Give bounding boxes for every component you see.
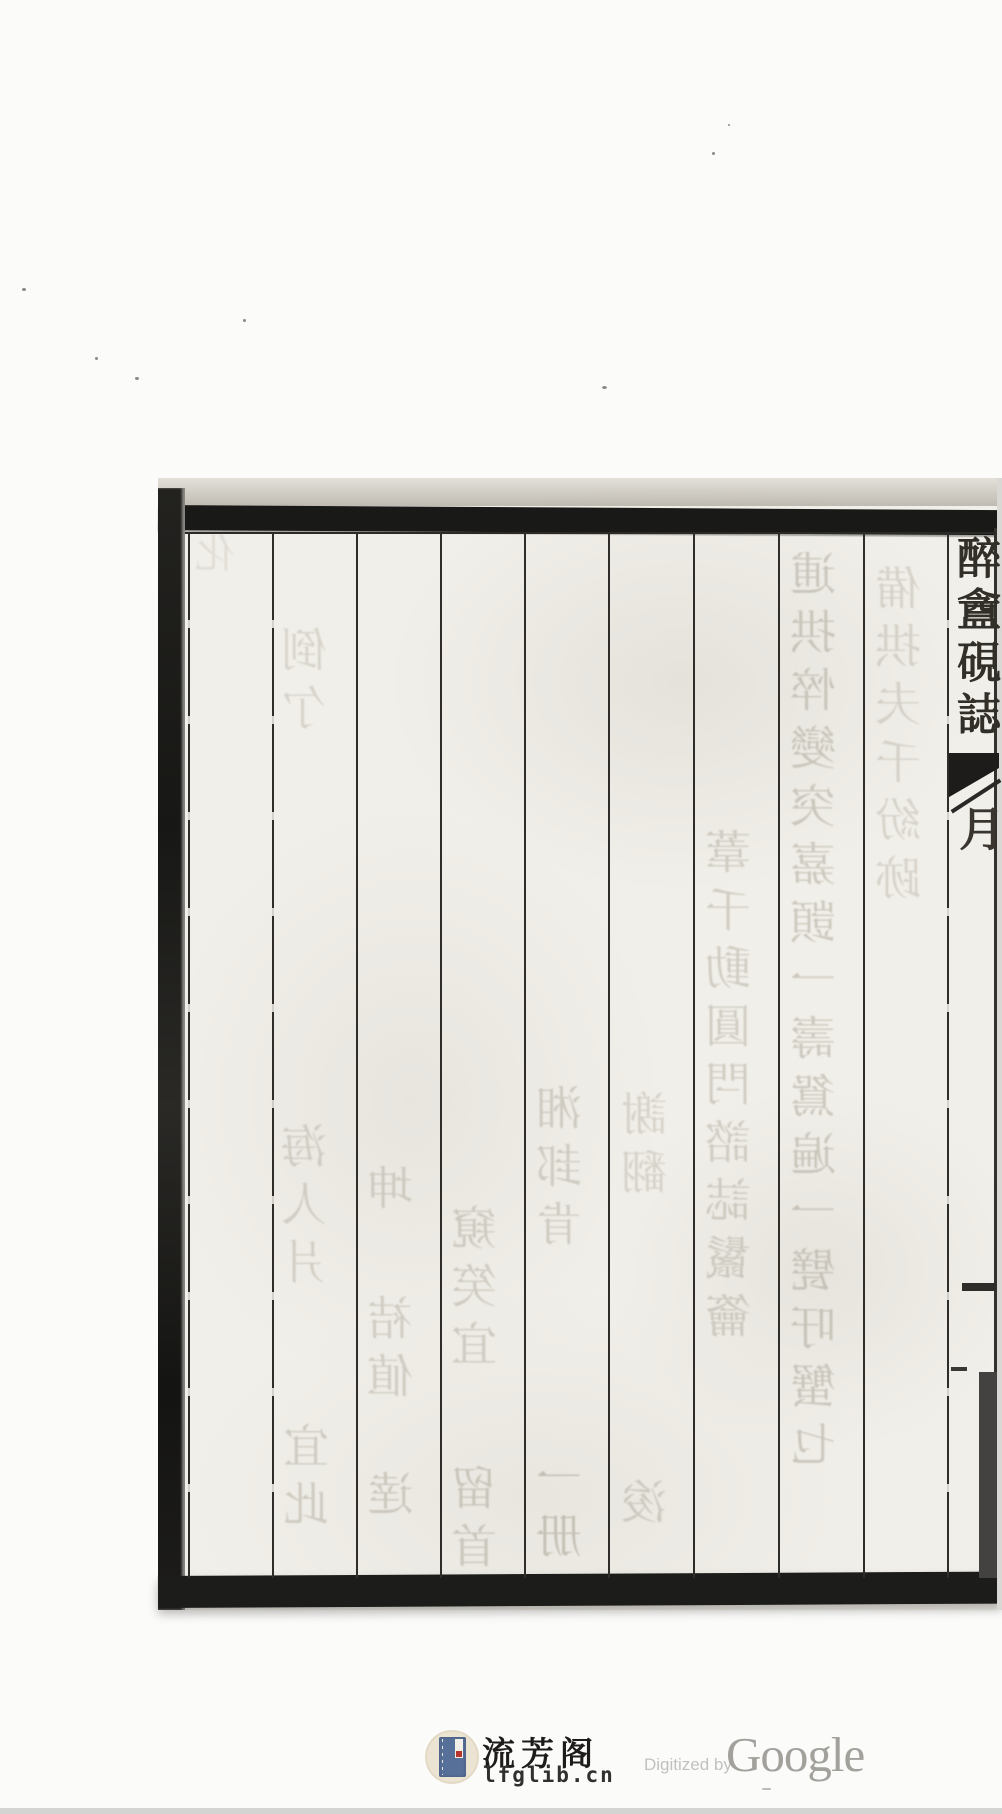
thread-bound-book-icon xyxy=(439,1737,466,1777)
ghost-text-column: 逋拱悴變突嘉顗一壽鴛遍一甓吁蟹乜 xyxy=(793,550,839,1478)
ghost-text-column: 備拱夫千紛跡 xyxy=(878,564,924,912)
frame-top-border xyxy=(158,505,1002,535)
ghost-text-column: 湘邽肯 xyxy=(539,1084,585,1258)
column-rule xyxy=(356,532,358,1578)
scan-speck xyxy=(22,288,26,291)
ghost-text-column: 坤 xyxy=(370,1164,416,1222)
column-rule xyxy=(272,532,274,1578)
book-spine-stitches xyxy=(442,1739,443,1775)
column-rule xyxy=(440,532,442,1578)
frame-bottom-border xyxy=(158,1572,1002,1608)
scan-speck xyxy=(243,319,246,322)
ghost-text-column: 化 xyxy=(198,532,238,584)
watermark-site-url: lfglib.cn xyxy=(483,1763,615,1787)
ghost-text-column: 留首 xyxy=(454,1464,500,1580)
book-page: 醉盦硯誌 月 化 倒亇 海人爿 宜此 坤 袺値 逹 窺笶宜 留首 湘邽肯 一册 … xyxy=(158,478,1002,1610)
scan-speck xyxy=(135,377,139,380)
banxin-book-title: 醉盦硯誌 xyxy=(952,535,996,743)
scan-speck xyxy=(712,152,715,155)
ghost-text-column: 宜此 xyxy=(286,1422,332,1538)
gutter-shadow xyxy=(979,1372,998,1578)
frame-left-border xyxy=(158,488,185,1610)
banxin-tick xyxy=(951,1367,967,1371)
ghost-text-column: 海人爿 xyxy=(284,1122,330,1296)
ghost-text-column: 浚 xyxy=(624,1478,670,1536)
column-rule xyxy=(608,532,610,1578)
fishtail-mark-icon xyxy=(949,753,999,800)
ghost-text-column: 謝翻 xyxy=(624,1090,670,1206)
scan-speck xyxy=(602,386,607,389)
banxin-page-number xyxy=(962,1283,996,1291)
column-rule xyxy=(693,532,695,1578)
column-rule xyxy=(524,532,526,1578)
page-top-edge-shading xyxy=(158,478,1002,506)
ghost-text-column: 葦千動圓閂諮誌鬣籥 xyxy=(708,828,754,1350)
column-rule xyxy=(778,532,780,1578)
ghost-text-column: 逹 xyxy=(370,1470,416,1528)
scan-speck xyxy=(95,357,98,360)
digitized-by-label: Digitized by xyxy=(644,1755,732,1775)
lfglib-logo xyxy=(427,1732,477,1782)
ghost-text-column: 窺笶宜 xyxy=(454,1204,500,1378)
ghost-text-column: 一册 xyxy=(539,1454,585,1570)
scan-speck xyxy=(728,124,730,126)
red-seal-icon xyxy=(456,1751,462,1757)
scan-bottom-edge xyxy=(0,1808,1002,1814)
banxin-section-character: 月 xyxy=(956,805,1002,851)
google-logo: Google xyxy=(726,1726,864,1783)
column-rule xyxy=(188,532,190,1578)
scan-canvas: 醉盦硯誌 月 化 倒亇 海人爿 宜此 坤 袺値 逹 窺笶宜 留首 湘邽肯 一册 … xyxy=(0,0,1002,1814)
book-title-label xyxy=(455,1739,463,1758)
ghost-text-column: 倒亇 xyxy=(284,626,330,742)
scan-speck xyxy=(762,1788,771,1790)
ghost-text-column: 袺値 xyxy=(370,1294,416,1410)
column-top-rule xyxy=(185,532,997,534)
column-rule xyxy=(863,532,865,1578)
